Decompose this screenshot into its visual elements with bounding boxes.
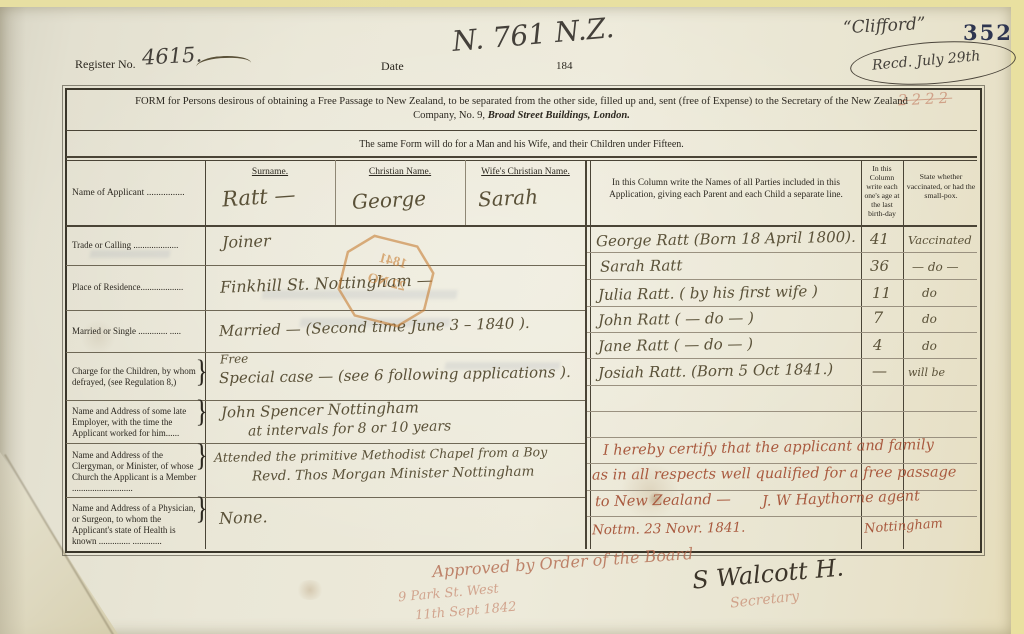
entry-vacc: do [922,339,937,353]
rule-under-subheading-a [66,156,977,158]
wife-name-value: Sarah [477,184,538,211]
stain [296,580,324,600]
entry-age: 41 [870,230,889,248]
label-name-of-applicant: Name of Applicant ................ [72,188,202,199]
christian-name-header: Christian Name. [340,167,460,177]
rule-under-heading [66,130,977,131]
form-heading-text1: FORM for Persons desirous of obtaining a… [135,96,908,107]
entry-name: Julia Ratt. ( by his first wife ) [598,282,818,304]
vacc-column-header: State whether vaccinated, or had the sma… [906,172,976,201]
label-charge: Charge for the Children, by whom defraye… [72,366,200,388]
entry-rule [587,252,977,253]
scanned-document: Register No. 4615. Date N. 761 N.Z. 184 … [0,0,1024,634]
trade-value: Joiner [222,231,271,252]
entry-rule [587,332,977,333]
entry-rule [587,279,977,280]
left-edge-shade [0,7,26,634]
certification-line3: to New Zealand — [595,492,731,510]
label-employer: Name and Address of some late Employer, … [72,406,200,439]
entry-age: 7 [873,308,883,327]
octagon-stamp-date: 22 NO [366,271,407,295]
form-heading-line1: FORM for Persons desirous of obtaining a… [72,96,971,107]
rule-under-subheading-b [66,160,977,161]
entry-rule [587,358,977,359]
date-label: Date [381,59,404,74]
charge-value-1: Free [220,352,249,367]
label-trade: Trade or Calling .................... [72,240,202,251]
entry-vacc: do [922,286,937,300]
form-heading-text2a: Company, No. 9, [413,110,485,121]
register-number: 4615. [141,42,202,69]
date-year-partial: 184 [556,60,573,72]
row-rule [66,265,585,266]
entry-name: Sarah Ratt [600,256,683,275]
christian-name-value: George [351,186,426,214]
label-clergyman: Name and Address of the Clergyman, or Mi… [72,450,200,494]
surname-value: Ratt — [221,182,296,211]
entry-name: John Ratt ( — do — ) [598,309,754,330]
entry-vacc: do [922,312,937,326]
entry-name: Jane Ratt ( — do — ) [598,335,753,356]
certification-line2: as in all respects well qualified for a … [592,464,957,483]
christian-column-line [465,160,466,225]
form-subheading: The same Form will do for a Man and his … [72,139,971,150]
entry-rule [587,306,977,307]
entry-rule [587,385,977,386]
entry-age: — [872,362,887,380]
wife-name-header: Wife's Christian Name. [468,167,583,177]
certification-date-place: Nottm. 23 Novr. 1841. [592,520,746,539]
label-residence: Place of Residence................... [72,282,202,293]
entry-vacc: — do — [912,260,959,274]
names-column-header: In this Column write the Names of all Pa… [598,178,854,201]
form-heading-text2b: Broad Street Buildings, London. [488,110,630,121]
entry-vacc: Vaccinated [908,233,972,247]
surname-header: Surname. [210,167,330,177]
entry-rule [587,411,977,412]
form-heading-line2: Company, No. 9, Broad Street Buildings, … [72,110,971,121]
row-rule [66,310,585,311]
surname-column-line [335,160,336,225]
name-row-bottom-rule [66,225,977,227]
age-column-header: In this Column write each one's age at t… [862,164,902,218]
row-rule [66,497,585,498]
row-rule [66,352,585,353]
entry-age: 36 [870,257,889,275]
register-label: Register No. [75,57,136,72]
label-married: Married or Single ............. ..... [72,326,202,337]
label-physician: Name and Address of a Physician, or Surg… [72,503,200,547]
entry-vacc: will be [908,366,945,379]
entry-rule [587,516,977,517]
entry-age: 4 [873,336,883,354]
physician-value: None. [219,507,268,528]
entry-age: 11 [872,284,891,302]
octagon-stamp-year: 1841 [378,251,409,272]
